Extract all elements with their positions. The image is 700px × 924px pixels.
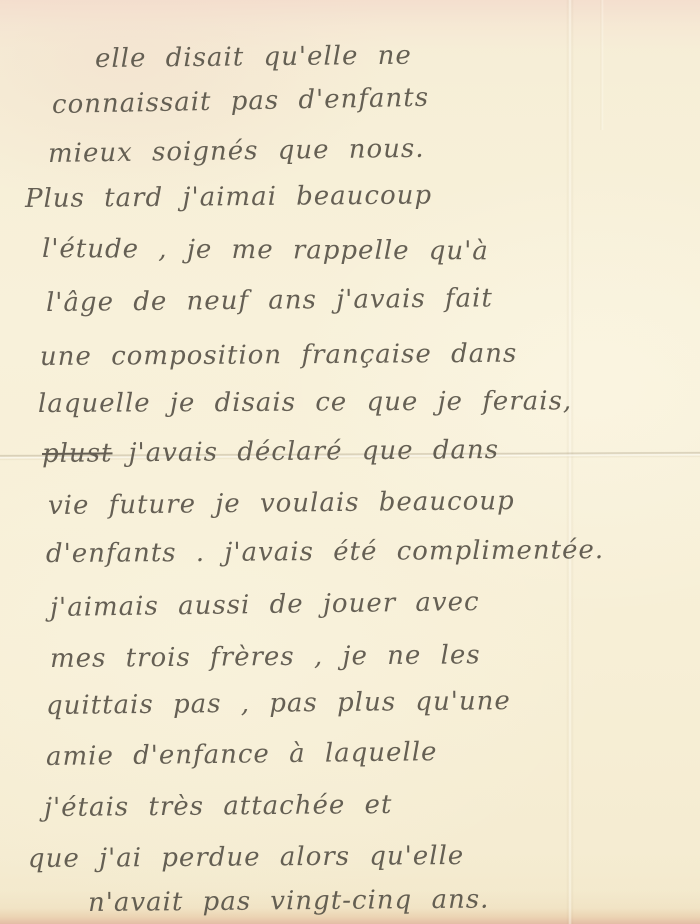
handwritten-line: une composition française dans [40,337,518,374]
crossed-out-word: plust [42,438,113,469]
handwritten-line: amie d'enfance à laquelle [46,735,438,774]
vertical-fold-crease [566,0,574,924]
handwritten-line: plustj'avais déclaré que dans [42,433,499,471]
handwritten-line: Plus tard j'aimai beaucoup [25,178,432,216]
handwritten-line: mieux soignés que nous. [48,132,425,171]
handwritten-line: quittais pas , pas plus qu'une [46,684,511,723]
line-text: j'avais déclaré que dans [128,435,499,468]
handwritten-line: l'étude , je me rappelle qu'à [42,232,489,268]
handwritten-line: laquelle je disais ce que je ferais, [38,384,572,421]
handwritten-line: n'avait pas vingt-cinq ans. [88,882,490,920]
handwritten-line: d'enfants . j'avais été complimentée. [46,533,604,571]
handwritten-line: j'aimais aussi de jouer avec [50,585,480,625]
top-fold-crease [600,0,604,130]
letter-page: elle disait qu'elle ne connaissait pas d… [0,0,700,924]
handwritten-line: vie future je voulais beaucoup [48,484,515,523]
handwritten-line: l'âge de neuf ans j'avais fait [46,281,493,320]
handwritten-line: mes trois frères , je ne les [50,638,481,676]
handwritten-line: connaissait pas d'enfants [52,81,430,122]
handwritten-line: que j'ai perdue alors qu'elle [28,839,465,876]
handwritten-line: j'étais très attachée et [44,788,393,825]
handwritten-line: elle disait qu'elle ne [95,39,412,76]
